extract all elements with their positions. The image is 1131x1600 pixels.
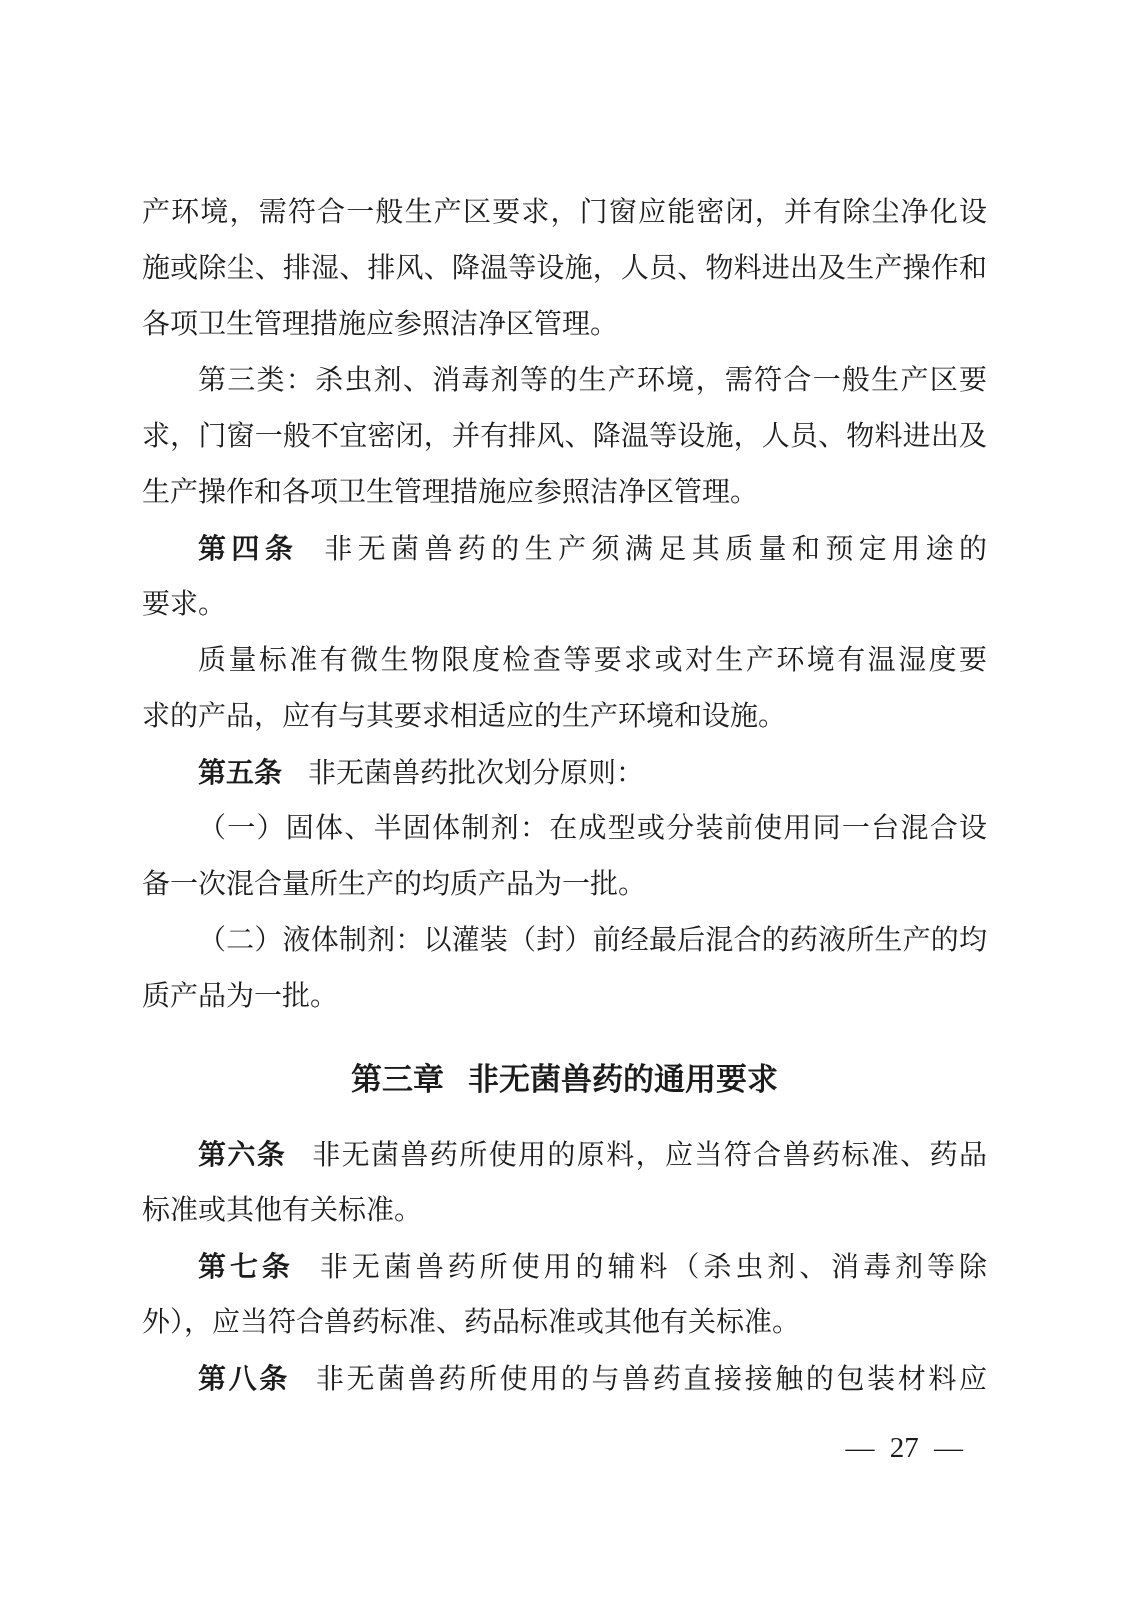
- line-text: 第三类：杀虫剂、消毒剂等的生产环境，需符合一般生产区要: [198, 365, 987, 396]
- text-line: 标准或其他有关标准。: [142, 1183, 987, 1239]
- line-text: 生产操作和各项卫生管理措施应参照洁净区管理。: [142, 477, 758, 508]
- text-line: 各项卫生管理措施应参照洁净区管理。: [142, 297, 987, 353]
- text-line: 生产操作和各项卫生管理措施应参照洁净区管理。: [142, 465, 987, 521]
- text-line: 求的产品，应有与其要求相适应的生产环境和设施。: [142, 689, 987, 745]
- line-text: 非无菌兽药的生产须满足其质量和预定用途的: [324, 534, 987, 565]
- text-line: 要求。: [142, 577, 987, 633]
- chapter-heading: 第三章非无菌兽药的通用要求: [142, 1051, 987, 1109]
- line-text: （二）液体制剂：以灌装（封）前经最后混合的药液所生产的均: [198, 925, 987, 956]
- article-number-label: 第五条: [198, 757, 282, 788]
- line-text: 非无菌兽药所使用的辅料（杀虫剂、消毒剂等除: [320, 1252, 987, 1283]
- line-text: 外），应当符合兽药标准、药品标准或其他有关标准。: [142, 1307, 800, 1338]
- line-text: 产环境，需符合一般生产区要求，门窗应能密闭，并有除尘净化设: [142, 197, 987, 228]
- text-line: 外），应当符合兽药标准、药品标准或其他有关标准。: [142, 1295, 987, 1351]
- text-line: 施或除尘、排湿、排风、降温等设施，人员、物料进出及生产操作和: [142, 241, 987, 297]
- text-line: 质量标准有微生物限度检查等要求或对生产环境有温湿度要: [142, 633, 987, 689]
- text-line: 第四条非无菌兽药的生产须满足其质量和预定用途的: [142, 521, 987, 577]
- line-text: 求的产品，应有与其要求相适应的生产环境和设施。: [142, 701, 786, 732]
- article-number-label: 第八条: [198, 1363, 290, 1394]
- chapter-number: 第三章: [351, 1062, 444, 1097]
- line-text: 非无菌兽药所使用的原料，应当符合兽药标准、药品: [312, 1140, 987, 1171]
- document-page: 产环境，需符合一般生产区要求，门窗应能密闭，并有除尘净化设 施或除尘、排湿、排风…: [0, 0, 1131, 1600]
- text-line: 第六条非无菌兽药所使用的原料，应当符合兽药标准、药品: [142, 1127, 987, 1183]
- line-text: 质量标准有微生物限度检查等要求或对生产环境有温湿度要: [198, 645, 987, 676]
- line-text: 非无菌兽药所使用的与兽药直接接触的包装材料应: [316, 1364, 987, 1395]
- text-line: 产环境，需符合一般生产区要求，门窗应能密闭，并有除尘净化设: [142, 185, 987, 241]
- line-text: 备一次混合量所生产的均质产品为一批。: [142, 869, 646, 900]
- line-text: 各项卫生管理措施应参照洁净区管理。: [142, 309, 618, 340]
- line-text: 质产品为一批。: [142, 981, 338, 1012]
- text-line: 第三类：杀虫剂、消毒剂等的生产环境，需符合一般生产区要: [142, 353, 987, 409]
- article-number-label: 第七条: [198, 1251, 294, 1282]
- line-text: 非无菌兽药批次划分原则：: [308, 758, 644, 789]
- text-line: 第八条非无菌兽药所使用的与兽药直接接触的包装材料应: [142, 1351, 987, 1407]
- chapter-title: 非无菌兽药的通用要求: [468, 1062, 778, 1097]
- text-line: 求，门窗一般不宜密闭，并有排风、降温等设施，人员、物料进出及: [142, 409, 987, 465]
- text-line: （二）液体制剂：以灌装（封）前经最后混合的药液所生产的均: [142, 913, 987, 969]
- text-line: 备一次混合量所生产的均质产品为一批。: [142, 857, 987, 913]
- text-line: 第七条非无菌兽药所使用的辅料（杀虫剂、消毒剂等除: [142, 1239, 987, 1295]
- line-text: 标准或其他有关标准。: [142, 1195, 422, 1226]
- article-number-label: 第六条: [198, 1139, 286, 1170]
- line-text: 施或除尘、排湿、排风、降温等设施，人员、物料进出及生产操作和: [142, 253, 987, 284]
- page-number: — 27 —: [846, 1428, 964, 1468]
- text-line: 第五条非无菌兽药批次划分原则：: [142, 745, 987, 801]
- text-column: 产环境，需符合一般生产区要求，门窗应能密闭，并有除尘净化设 施或除尘、排湿、排风…: [142, 185, 987, 1407]
- article-number-label: 第四条: [198, 533, 298, 564]
- line-text: 求，门窗一般不宜密闭，并有排风、降温等设施，人员、物料进出及: [142, 421, 987, 452]
- text-line: 质产品为一批。: [142, 969, 987, 1025]
- line-text: 要求。: [142, 589, 226, 620]
- line-text: （一）固体、半固体制剂：在成型或分装前使用同一台混合设: [198, 813, 987, 844]
- text-line: （一）固体、半固体制剂：在成型或分装前使用同一台混合设: [142, 801, 987, 857]
